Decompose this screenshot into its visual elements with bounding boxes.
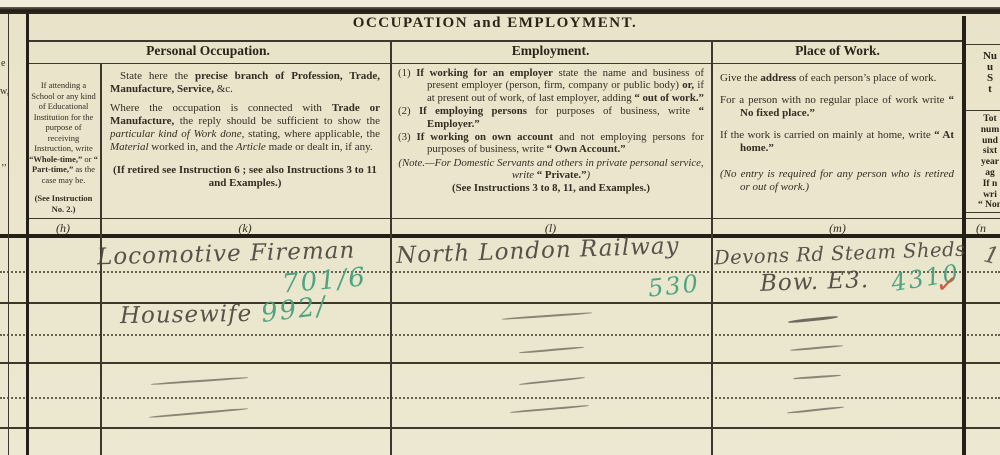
grid-line — [26, 63, 964, 64]
grid-line — [962, 212, 1000, 213]
text-run: worked in, and the — [149, 141, 236, 153]
dependents-column-header-fragments: NuuSt — [962, 51, 1000, 95]
grid-line — [26, 40, 964, 42]
text-run: &c. — [214, 83, 233, 95]
handwriting-employer-row1: North London Railway — [396, 233, 680, 269]
text-run: (See Instructions 3 to 8, 11, and Exampl… — [452, 182, 650, 194]
margin-text-fragment: e — [1, 58, 5, 69]
header-personal-occupation: Personal Occupation. — [26, 43, 390, 61]
grid-line-heavy — [0, 234, 1000, 238]
occupation-code-row2: 992/ — [259, 291, 329, 329]
text-run: the reply should be sufficient to show t… — [174, 115, 380, 127]
grid-line — [0, 427, 1000, 429]
text-run: (See Instruction No. 2.) — [35, 193, 93, 214]
text-run: , stating, where applicable, the — [242, 128, 380, 140]
text-run: made or dealt in, if any. — [266, 141, 373, 153]
pencil-dash — [519, 377, 585, 386]
grid-line-vertical — [390, 40, 392, 455]
pencil-dash — [149, 408, 248, 419]
pencil-dash — [510, 405, 589, 414]
pencil-dash — [787, 406, 844, 414]
handwriting-occupation-row1: Locomotive Fireman — [97, 238, 356, 271]
grid-line — [964, 110, 1000, 111]
pencil-dash — [793, 374, 841, 379]
text-fragment: t — [962, 84, 1000, 95]
text-run: Material — [110, 141, 149, 153]
text-run: or — [82, 154, 93, 164]
handwriting-place-row1-line2: Bow. E3. — [760, 267, 870, 297]
header-employment: Employment. — [390, 43, 711, 61]
item-number: (2) — [398, 105, 411, 117]
text-run: “ out of work.” — [634, 92, 704, 104]
grid-line-vertical — [26, 14, 29, 455]
text-fragment: u — [962, 62, 1000, 73]
employment-item-1: (1) If working for an employer state the… — [398, 67, 704, 104]
occupation-instruction-p2: Where the occupation is connected with T… — [110, 102, 380, 154]
education-column-instructions: If attending a School or any kind of Edu… — [29, 80, 98, 220]
dependents-mark-row1: 1 — [981, 241, 1000, 270]
employer-code-row1: 530 — [647, 269, 701, 302]
employment-item-2: (2) If employing persons for purposes of… — [398, 105, 704, 130]
pencil-dash — [502, 312, 592, 320]
text-run: Where the occupation is connected with — [110, 102, 332, 114]
item-number: (1) — [398, 67, 411, 79]
item-number: (3) — [398, 131, 411, 143]
text-run: address — [760, 72, 796, 84]
grid-line-dotted — [0, 334, 1000, 336]
employment-see-instructions: (See Instructions 3 to 8, 11, and Exampl… — [398, 182, 704, 194]
grid-line — [962, 44, 1000, 45]
occupation-instruction-p3: (If retired see Instruction 6 ; see also… — [110, 164, 380, 190]
text-run: for purposes of business, write — [527, 105, 699, 117]
place-instruction-note: (No entry is required for any person who… — [720, 168, 954, 194]
occupation-instruction-p1: State here the precise branch of Profess… — [110, 70, 380, 96]
text-run: (No entry is required for any person who… — [720, 168, 954, 193]
employment-note: (Note.—For Domestic Servants and others … — [398, 157, 704, 182]
personal-occupation-instructions: State here the precise branch of Profess… — [110, 70, 380, 196]
grid-line — [0, 362, 1000, 364]
pencil-dash — [790, 345, 843, 352]
grid-line-vertical — [8, 14, 9, 455]
text-fragment: und — [962, 136, 1000, 147]
text-fragment: year — [962, 157, 1000, 168]
handwriting-occupation-row2: Housewife — [120, 301, 253, 329]
dependents-column-body-fragments: TotnumundsixtyearagIf nwri“ Non — [962, 114, 1000, 211]
text-run: If employing persons — [419, 105, 527, 117]
text-run: If the work is carried on mainly at home… — [720, 129, 934, 141]
employment-item-3: (3) If working on own account and not em… — [398, 131, 704, 156]
education-instruction-text: If attending a School or any kind of Edu… — [29, 80, 98, 185]
text-run: If working for an employer — [416, 67, 553, 79]
text-run: If attending a School or any kind of Edu… — [31, 80, 95, 153]
text-run: or, — [682, 79, 694, 91]
grid-line-vertical — [962, 16, 966, 455]
grid-line-dotted — [0, 397, 1000, 399]
text-run: For a person with no regular place of wo… — [720, 94, 949, 106]
text-fragment: sixt — [962, 146, 1000, 157]
place-of-work-instructions: Give the address of each person’s place … — [720, 72, 954, 200]
text-fragment: S — [962, 73, 1000, 84]
place-instruction-p2: For a person with no regular place of wo… — [720, 94, 954, 120]
text-run: “Whole-time,” — [29, 154, 82, 164]
text-run: Article — [236, 141, 266, 153]
grid-line — [26, 218, 1000, 219]
text-fragment: Nu — [962, 51, 1000, 62]
paper-top-edge — [0, 0, 1000, 7]
text-fragment: “ Non — [962, 200, 1000, 211]
place-instruction-p1: Give the address of each person’s place … — [720, 72, 954, 85]
margin-text-fragment: ’’ — [1, 163, 7, 174]
grid-line-vertical — [711, 40, 713, 455]
pencil-dash — [151, 377, 248, 386]
text-run: “ Private.” — [537, 169, 587, 181]
text-run: particular kind of Work done — [110, 128, 242, 140]
text-run: of each person’s place of work. — [796, 72, 936, 84]
header-place-of-work: Place of Work. — [711, 43, 964, 61]
text-run: If working on own account — [417, 131, 554, 143]
employment-instructions: (1) If working for an employer state the… — [398, 67, 704, 200]
text-fragment: ag — [962, 168, 1000, 179]
education-instruction-note: (See Instruction No. 2.) — [29, 193, 98, 214]
text-fragment: Tot — [962, 114, 1000, 125]
pencil-dash — [788, 315, 838, 323]
text-run: Give the — [720, 72, 760, 84]
text-run: “ Own Account.” — [547, 143, 626, 155]
pencil-dash — [519, 346, 584, 354]
text-fragment: If n — [962, 179, 1000, 190]
text-run: (If retired see Instruction 6 ; see also… — [113, 164, 377, 189]
text-fragment: wri — [962, 190, 1000, 201]
census-form-scan: OCCUPATION and EMPLOYMENT. Personal Occu… — [0, 0, 1000, 455]
place-instruction-p3: If the work is carried on mainly at home… — [720, 129, 954, 155]
top-rule-band — [0, 7, 1000, 14]
text-run: State here the — [120, 70, 195, 82]
section-title: OCCUPATION and EMPLOYMENT. — [26, 15, 964, 32]
text-run: ) — [587, 169, 591, 181]
check-mark-row1: ✓ — [934, 269, 961, 302]
text-fragment: num — [962, 125, 1000, 136]
